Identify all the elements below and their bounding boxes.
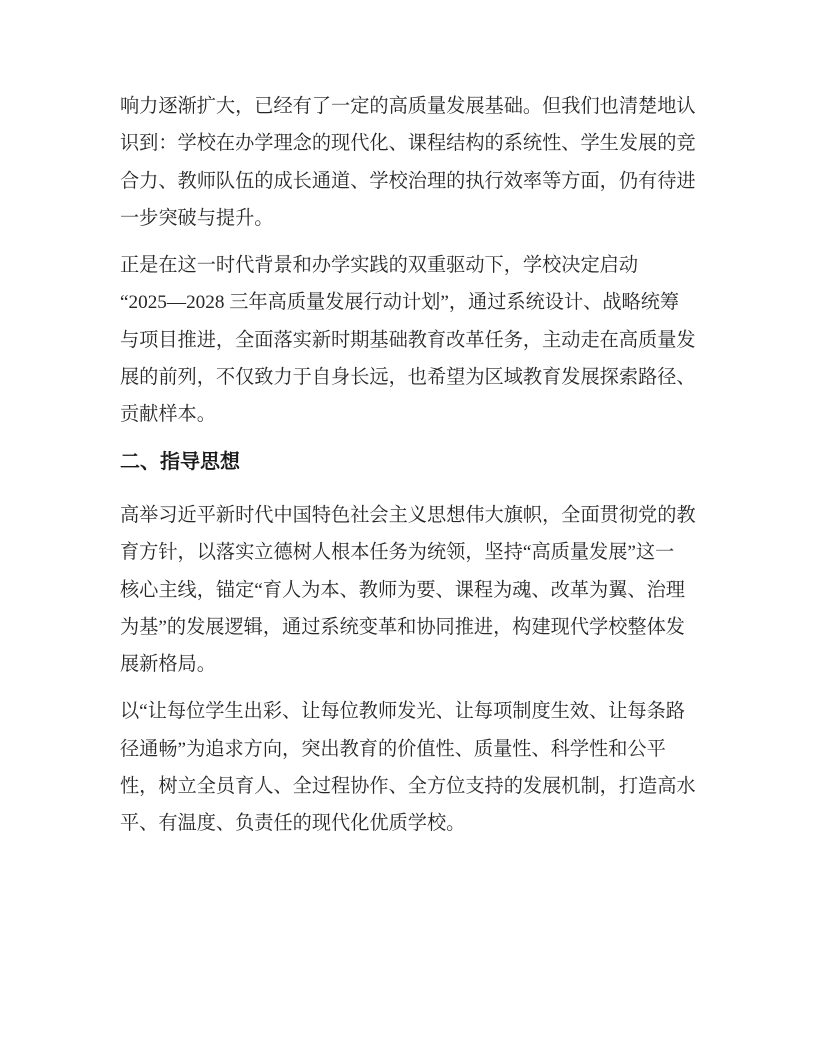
text-line: 为基”的发展逻辑，通过系统变革和协同推进，构建现代学校整体发 [120, 609, 697, 646]
paragraph: 以“让每位学生出彩、让每位教师发光、让每项制度生效、让每条路 径通畅”为追求方向… [120, 693, 697, 842]
paragraph: 高举习近平新时代中国特色社会主义思想伟大旗帜，全面贯彻党的教 育方针，以落实立德… [120, 497, 697, 683]
text-line: “2025—2028 三年高质量发展行动计划”，通过系统设计、战略统筹 [120, 284, 697, 321]
document-page: 响力逐渐扩大，已经有了一定的高质量发展基础。但我们也清楚地认 识到：学校在办学理… [0, 0, 816, 1056]
text-line: 高举习近平新时代中国特色社会主义思想伟大旗帜，全面贯彻党的教 [120, 497, 697, 534]
text-line: 展的前列，不仅致力于自身长远，也希望为区域教育发展探索路径、 [120, 359, 697, 396]
paragraph: 正是在这一时代背景和办学实践的双重驱动下，学校决定启动 “2025—2028 三… [120, 247, 697, 433]
text-line: 识到：学校在办学理念的现代化、课程结构的系统性、学生发展的竞 [120, 125, 697, 162]
text-line: 核心主线，锚定“育人为本、教师为要、课程为魂、改革为翼、治理 [120, 572, 697, 609]
text-line: 径通畅”为追求方向，突出教育的价值性、质量性、科学性和公平 [120, 731, 697, 768]
text-line: 一步突破与提升。 [120, 200, 697, 237]
text-line: 育方针，以落实立德树人根本任务为统领，坚持“高质量发展”这一 [120, 534, 697, 571]
paragraph: 响力逐渐扩大，已经有了一定的高质量发展基础。但我们也清楚地认 识到：学校在办学理… [120, 88, 697, 237]
text-line: 以“让每位学生出彩、让每位教师发光、让每项制度生效、让每条路 [120, 693, 697, 730]
text-line: 响力逐渐扩大，已经有了一定的高质量发展基础。但我们也清楚地认 [120, 88, 697, 125]
text-line: 展新格局。 [120, 646, 697, 683]
text-line: 合力、教师队伍的成长通道、学校治理的执行效率等方面，仍有待进 [120, 163, 697, 200]
text-line: 性，树立全员育人、全过程协作、全方位支持的发展机制，打造高水 [120, 768, 697, 805]
section-heading: 二、指导思想 [120, 444, 697, 481]
text-line: 平、有温度、负责任的现代化优质学校。 [120, 805, 697, 842]
text-line: 贡献样本。 [120, 396, 697, 433]
text-line: 正是在这一时代背景和办学实践的双重驱动下，学校决定启动 [120, 247, 697, 284]
text-line: 与项目推进，全面落实新时期基础教育改革任务，主动走在高质量发 [120, 322, 697, 359]
